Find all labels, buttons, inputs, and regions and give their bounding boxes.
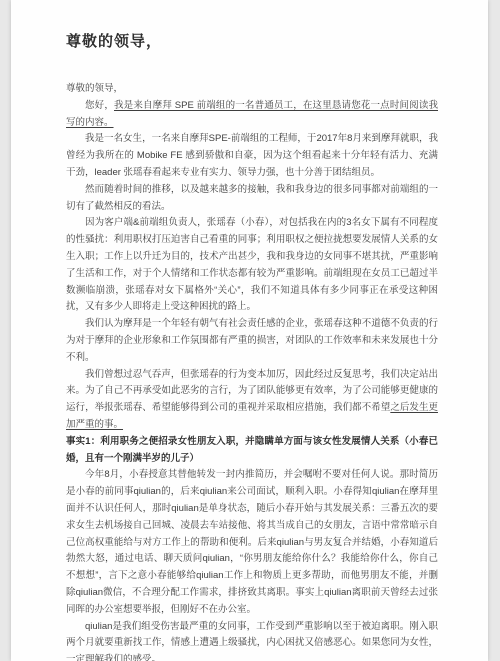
paragraph-text: 因为客户端&前端组负责人，张瑶春（小春），对包括我在内的3名女下属有不同程度的性… <box>66 217 438 312</box>
fact-heading: 事实1：利用职务之便招录女性朋友入职，并隐瞒单方面与该女性发展情人关系（小春已婚… <box>66 434 438 468</box>
paragraph-text: 我们认为摩拜是一个年轻有朝气有社会责任感的企业，张瑶春这种不道德不负责的行为对于… <box>66 318 438 363</box>
underlined-text: 我是来自摩拜 SPE 前端组的一名普通员工，在这里恳请您花一点时间阅读我写的内容… <box>66 100 438 128</box>
paragraph-text: 您好， <box>85 100 114 111</box>
paragraph-text: 今年8月，小春授意其替他转发一封内推简历，并会嘱咐不要对任何人说。那时简历是小春… <box>66 469 438 614</box>
paragraph: 我是一名女生，一名来自摩拜SPE-前端组的工程师，于2017年8月来到摩拜就职，… <box>66 131 438 181</box>
paragraph-text: qiulian是我们组受伤害最严重的女同事，工作受到严重影响以至于被迫离职。刚入… <box>66 621 438 661</box>
paragraph-text: 然而随着时间的推移，以及越来越多的接触，我和我身边的很多同事都对前端组的一切有了… <box>66 184 438 212</box>
paragraph: 我们曾想过忍气吞声，但张瑶春的行为变本加厉，因此经过反复思考，我们决定站出来。为… <box>66 367 438 434</box>
paragraph: qiulian是我们组受伤害最严重的女同事，工作受到严重影响以至于被迫离职。刚入… <box>66 619 438 661</box>
document-page: 尊敬的领导， 尊敬的领导，您好，我是来自摩拜 SPE 前端组的一名普通员工，在这… <box>11 0 488 661</box>
page-background: { "colors": { "background": "#e8e8e8", "… <box>0 0 500 661</box>
paragraph: 我们认为摩拜是一个年轻有朝气有社会责任感的企业，张瑶春这种不道德不负责的行为对于… <box>66 316 438 366</box>
paragraph: 因为客户端&前端组负责人，张瑶春（小春），对包括我在内的3名女下属有不同程度的性… <box>66 215 438 316</box>
paragraph-text: 事实1：利用职务之便招录女性朋友入职，并隐瞒单方面与该女性发展情人关系（小春已婚… <box>66 436 438 464</box>
document-body: 尊敬的领导，您好，我是来自摩拜 SPE 前端组的一名普通员工，在这里恳请您花一点… <box>66 81 438 661</box>
paragraph: 然而随着时间的推移，以及越来越多的接触，我和我身边的很多同事都对前端组的一切有了… <box>66 182 438 216</box>
paragraph: 今年8月，小春授意其替他转发一封内推简历，并会嘱咐不要对任何人说。那时简历是小春… <box>66 467 438 618</box>
paragraph-text: 我是一名女生，一名来自摩拜SPE-前端组的工程师，于2017年8月来到摩拜就职，… <box>66 133 438 178</box>
document-title: 尊敬的领导， <box>66 30 438 51</box>
paragraph-text: 我们曾想过忍气吞声，但张瑶春的行为变本加厉，因此经过反复思考，我们决定站出来。为… <box>66 369 438 414</box>
paragraph-text: 尊敬的领导， <box>66 83 123 94</box>
paragraph: 尊敬的领导， <box>66 81 438 98</box>
paragraph: 您好，我是来自摩拜 SPE 前端组的一名普通员工，在这里恳请您花一点时间阅读我写… <box>66 98 438 132</box>
